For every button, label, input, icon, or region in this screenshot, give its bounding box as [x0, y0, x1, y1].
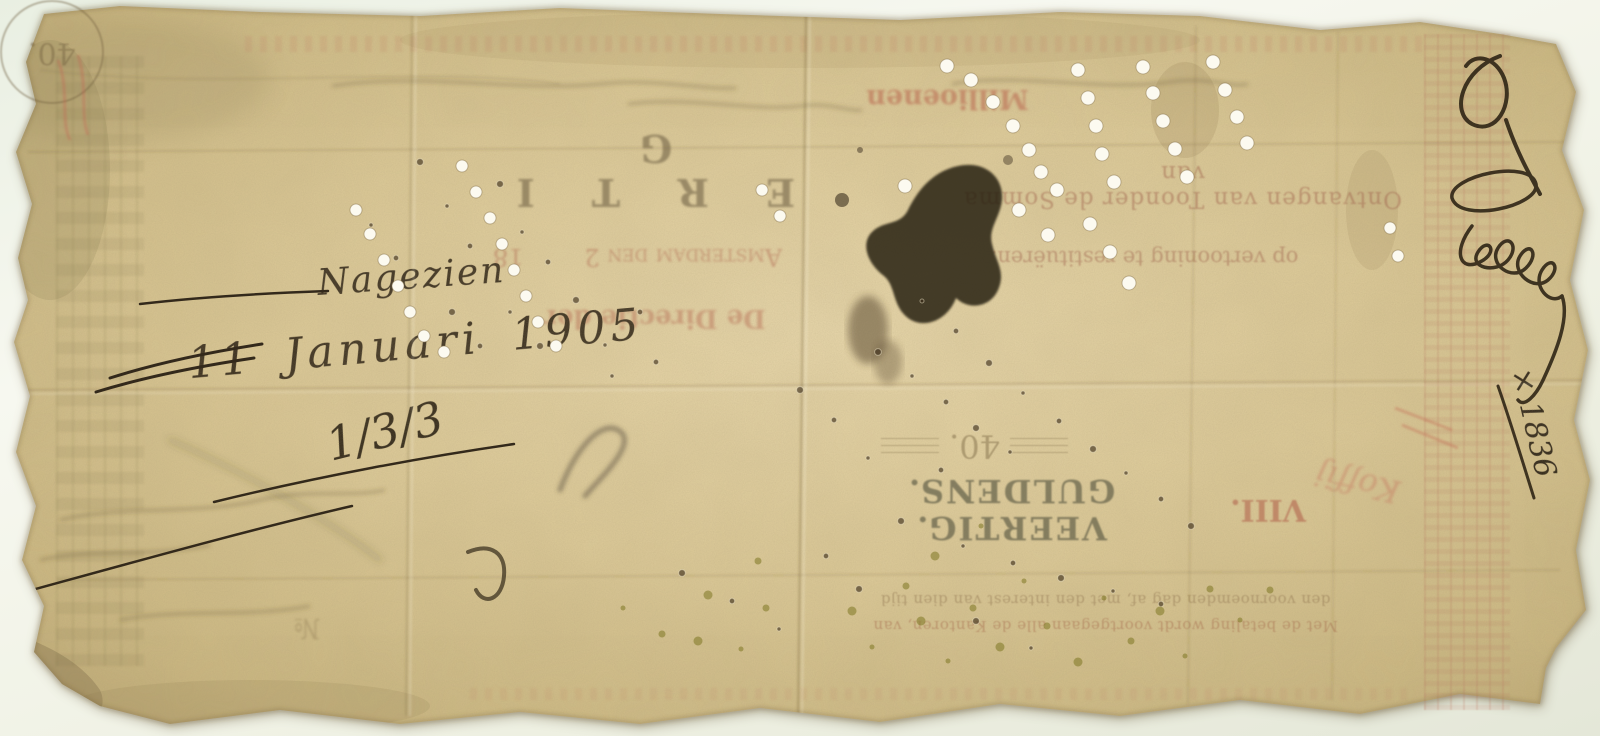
small-print-line-2: den voornoemden dag af, met den interest…	[838, 587, 1373, 613]
scanned-document: 40. Millioenen E R T I G Ontvangen van T…	[0, 0, 1600, 736]
score-value-text: 40.	[949, 428, 1000, 465]
showthrough-receipt-line: Ontvangen van Toonder de Somma van	[950, 166, 1415, 212]
showthrough-restitution-line: op vertooning te restituëren.	[982, 230, 1307, 270]
small-print-line-1: Met de betaling wordt voortgegaan alle d…	[838, 613, 1373, 639]
showthrough-number-mark: №	[262, 590, 352, 644]
showthrough-small-print: Met de betaling wordt voortgegaan alle d…	[838, 578, 1373, 638]
score-rule-lines-left	[1010, 439, 1068, 454]
right-border-strip	[1424, 34, 1510, 710]
showthrough-heading: Millioenen	[840, 74, 1055, 114]
showthrough-amount-fragment: E R T I G	[480, 156, 810, 214]
showthrough-score-40: 40.	[872, 418, 1077, 474]
denomination-words: VEERTIG. GULDENS.	[820, 472, 1202, 546]
denomination-numeral: VIII.	[1230, 492, 1306, 527]
bottom-border-band	[470, 688, 1410, 700]
value-seal-40: 40.	[0, 0, 104, 104]
seal-value-text: 40.	[28, 35, 76, 70]
left-border-strip	[56, 56, 144, 666]
showthrough-denomination: VIII. VEERTIG. GULDENS.	[820, 480, 1306, 538]
score-rule-lines-right	[881, 439, 939, 454]
handwritten-paraph: 1/3/3	[321, 376, 520, 517]
top-border-band	[245, 36, 1425, 52]
